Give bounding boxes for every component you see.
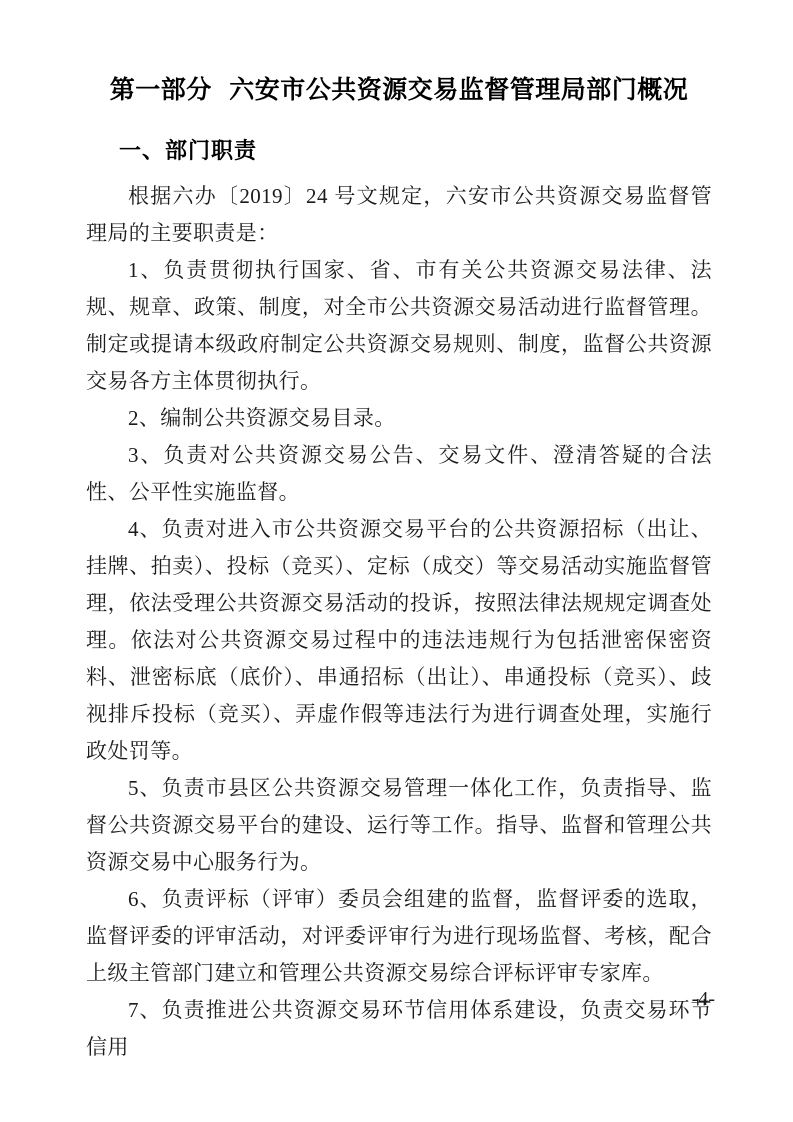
paragraph-duty-2: 2、编制公共资源交易目录。 <box>86 400 712 437</box>
paragraph-duty-6: 6、负责评标（评审）委员会组建的监督，监督评委的选取，监督评委的评审活动，对评委… <box>86 881 712 992</box>
paragraph-duty-4: 4、负责对进入市公共资源交易平台的公共资源招标（出让、挂牌、拍卖）、投标（竞买）… <box>86 511 712 770</box>
document-page: 第一部分 六安市公共资源交易监督管理局部门概况 一、部门职责 根据六办〔2019… <box>0 0 793 1122</box>
document-content: 第一部分 六安市公共资源交易监督管理局部门概况 一、部门职责 根据六办〔2019… <box>86 72 712 1066</box>
paragraph-duty-5: 5、负责市县区公共资源交易管理一体化工作，负责指导、监督公共资源交易平台的建设、… <box>86 770 712 881</box>
page-number: -4- <box>692 988 715 1011</box>
paragraph-duty-3: 3、负责对公共资源交易公告、交易文件、澄清答疑的合法性、公平性实施监督。 <box>86 437 712 511</box>
paragraph-intro: 根据六办〔2019〕24 号文规定，六安市公共资源交易监督管理局的主要职责是： <box>86 178 712 252</box>
document-title: 第一部分 六安市公共资源交易监督管理局部门概况 <box>86 72 712 108</box>
paragraph-duty-7: 7、负责推进公共资源交易环节信用体系建设，负责交易环节信用 <box>86 992 712 1066</box>
document-title-text: 六安市公共资源交易监督管理局部门概况 <box>229 76 688 104</box>
document-body: 根据六办〔2019〕24 号文规定，六安市公共资源交易监督管理局的主要职责是： … <box>86 178 712 1066</box>
document-title-part-label: 第一部分 <box>110 76 212 104</box>
section-heading-duties: 一、部门职责 <box>86 134 712 168</box>
paragraph-duty-1: 1、负责贯彻执行国家、省、市有关公共资源交易法律、法规、规章、政策、制度，对全市… <box>86 252 712 400</box>
